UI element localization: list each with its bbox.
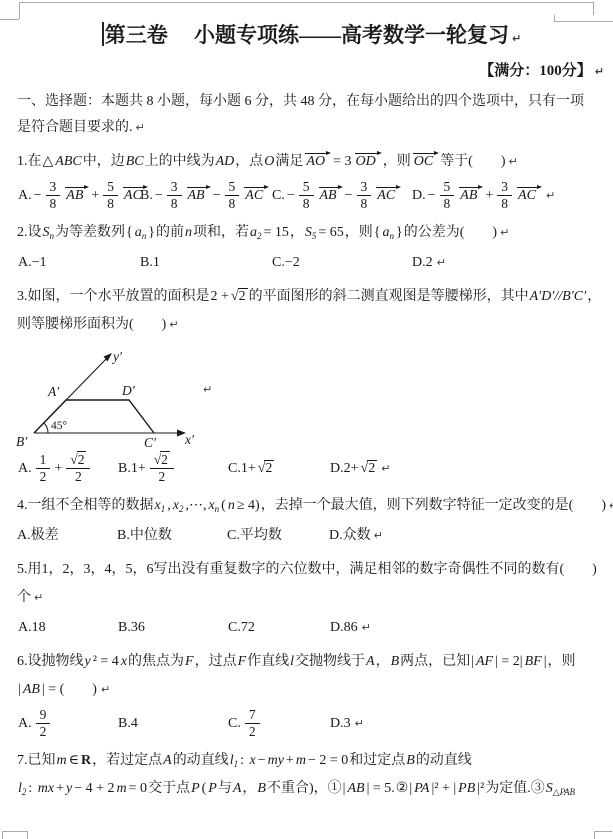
math-variable: PA (414, 781, 429, 796)
fraction: 58 (299, 179, 314, 212)
text-run: 一、选择题：本题共 8 小题，每小题 6 分，共 48 分，在每小题给出的四个选… (17, 94, 584, 109)
radicand: 2 (264, 460, 274, 476)
vector-term: OC (413, 152, 436, 169)
text-run: A.极差 (17, 528, 59, 543)
paragraph-mark: ↵ (437, 256, 446, 269)
text-run: 的动直线 (416, 753, 472, 768)
question-1-option-C: C.−58AB−38AC (271, 179, 411, 212)
fraction-numerator: 3 (497, 179, 512, 196)
question-1-option-D: D.−58AB+38AC↵ (411, 179, 606, 212)
subscript: n (215, 504, 220, 514)
paragraph-mark: ↵ (381, 462, 390, 475)
question-3: 3.如图，一个水平放置的面积是2 +√2的平面图形的斜二测直观图是等腰梯形，其中… (17, 283, 606, 485)
page-top-right-edge (593, 2, 594, 15)
fraction: 58 (103, 179, 118, 212)
math-run: 3 (50, 179, 57, 194)
math-variable: F (185, 654, 194, 669)
vector-term: AB (319, 186, 340, 203)
text-run: 的焦点为 (128, 654, 184, 669)
text-run: 6.设抛物线 (17, 654, 84, 669)
math-run: 2 (249, 724, 256, 739)
vector-term: AO (305, 152, 328, 169)
question-3-option-C: C.1+√2 (227, 456, 329, 482)
exam-title: 第三卷 小题专项练——高考数学一轮复习↵ (17, 20, 606, 54)
text-run: 为等差数列 (55, 225, 125, 240)
paragraph-mark: ↵ (169, 318, 178, 331)
paragraph-mark: ↵ (595, 65, 604, 78)
text-run: ，点 (235, 154, 263, 169)
paragraph-mark: ↵ (512, 32, 521, 45)
text-run: 1.在 (17, 154, 42, 169)
paragraph-mark: ↵ (609, 499, 613, 512)
math-variable: A (366, 654, 375, 669)
fraction: 38 (497, 179, 512, 212)
fraction-numerator: 1 (36, 452, 51, 469)
question-6-options: A.92 B.4 C.72 D.3↵ (17, 707, 606, 740)
subscript: 2 (179, 504, 184, 514)
math-variable: A′D′//B′C′ (530, 289, 587, 304)
vector-term: AB (459, 186, 480, 203)
question-2-option-B: B.1 (139, 250, 271, 276)
math-variable: ABC (55, 154, 81, 169)
fraction-denominator: 2 (66, 469, 90, 485)
paragraph-mark: ↵ (101, 683, 110, 696)
question-4-option-C: C.平均数 (227, 523, 329, 549)
math-run: ( (202, 781, 207, 796)
label-point-d: D′ (121, 383, 136, 398)
math-variable: n (185, 225, 192, 240)
vector-term: AC (244, 186, 266, 203)
subscripted-variable: S△PAB (546, 781, 575, 796)
question-5-option-D: D.86↵ (329, 615, 606, 641)
fraction: √22 (66, 452, 90, 485)
text-run: ，去掉一个最大值，则下列数字特征一定改变的是( ) (261, 498, 606, 513)
fraction: 12 (36, 452, 51, 485)
math-run: 8 (303, 196, 310, 211)
math-run: A.−1 (18, 255, 47, 270)
math-run: − (34, 188, 42, 203)
label-point-a: A′ (47, 384, 60, 399)
fraction: 92 (36, 707, 51, 740)
math-run: 5 (229, 179, 236, 194)
text-run: 是符合题目要求的. (17, 120, 133, 135)
math-run: − (287, 188, 295, 203)
fraction-numerator: 5 (225, 179, 240, 196)
question-1-option-A: A.−38AB+58AC (17, 179, 139, 212)
math-run: C. (272, 188, 285, 203)
math-run: D.3 (330, 716, 351, 731)
math-run: C.−2 (272, 255, 300, 270)
math-run: | = ( ) (42, 682, 97, 697)
question-4: 4.一组不全相等的数据x1,x2,⋯,xn(n≥ 4)，去掉一个最大值，则下列数… (17, 492, 606, 549)
paragraph-mark: ↵ (203, 383, 212, 396)
radicand: 2 (367, 460, 377, 476)
math-variable: AB (347, 781, 364, 796)
math-run: 8 (444, 196, 451, 211)
radical-sign: √ (70, 452, 76, 467)
math-run: 9 (40, 707, 47, 722)
math-run: | (409, 781, 412, 796)
math-run: 2 (75, 469, 82, 484)
text-run: ， (587, 289, 601, 304)
vector-term: AC (517, 186, 539, 203)
page-top-edge (19, 2, 593, 3)
text-run: ，则 (345, 225, 373, 240)
text-run: 2.设 (17, 225, 42, 240)
sqrt-term: √2 (154, 452, 170, 467)
text-run: 和过定点 (349, 753, 405, 768)
math-run: | = 2| (495, 654, 523, 669)
math-run: + (54, 461, 62, 476)
fraction-denominator: 2 (150, 469, 174, 485)
fraction-denominator: 2 (36, 469, 51, 485)
math-run: 8 (361, 196, 368, 211)
math-run: | (471, 654, 474, 669)
label-y-axis: y′ (111, 349, 123, 364)
vector-term: AB (187, 186, 208, 203)
subscript: 1 (161, 504, 166, 514)
fraction-numerator: 5 (440, 179, 455, 196)
sqrt-term: √2 (231, 289, 248, 304)
math-run: D. (412, 188, 426, 203)
math-run: D.2+ (330, 461, 359, 476)
fraction: 38 (357, 179, 372, 212)
fraction-denominator: 8 (103, 196, 118, 212)
question-4-option-A: A.极差 (17, 523, 117, 549)
text-run: 个 (17, 590, 31, 605)
subscript: 1 (234, 759, 239, 769)
math-run: , (167, 498, 171, 513)
question-3-option-A: A.12+√22 (17, 452, 117, 485)
text-run: D.众数 (329, 528, 371, 543)
math-run: ∈ (69, 753, 79, 768)
fraction: 58 (440, 179, 455, 212)
math-run: = 15 (263, 225, 288, 240)
math-run: 5 (444, 179, 451, 194)
question-6-option-C: C.72 (227, 707, 329, 740)
paragraph-mark: ↵ (136, 121, 145, 134)
text-run: ， (376, 654, 390, 669)
text-run: 交抛物线于 (295, 654, 365, 669)
math-run: B.1 (140, 255, 160, 270)
math-variable: B (391, 654, 400, 669)
fraction-numerator: √2 (66, 452, 90, 469)
math-variable: n (228, 498, 235, 513)
text-run: 的平面图形的斜二测直观图是等腰梯形，其中 (249, 289, 529, 304)
math-run: + (485, 188, 493, 203)
subscripted-variable: Sn (43, 225, 55, 240)
text-boundary-mark-bottom-right (594, 831, 612, 839)
math-run: 2 (40, 724, 47, 739)
math-run: 3 (171, 179, 178, 194)
math-variable: x (249, 753, 255, 768)
math-run: − (345, 188, 353, 203)
fraction-numerator: 7 (245, 707, 260, 724)
fraction: 38 (167, 179, 182, 212)
math-run: 8 (229, 196, 236, 211)
math-run: − (428, 188, 436, 203)
text-run: 的前 (156, 225, 184, 240)
subscripted-variable: an (383, 225, 395, 240)
fraction-denominator: 8 (497, 196, 512, 212)
math-variable: A (233, 781, 242, 796)
math-variable: mx (38, 781, 54, 796)
question-5: 5.用1，2，3，4，5，6写出没有重复数字的六位数中，满足相邻的数字奇偶性不同… (17, 556, 606, 641)
paragraph-mark: ↵ (34, 591, 43, 604)
subscript: 5 (312, 231, 317, 241)
fraction-denominator: 8 (167, 196, 182, 212)
fraction: √22 (150, 452, 174, 485)
vector-term: AC (376, 186, 398, 203)
text-run: 的动直线 (173, 753, 229, 768)
question-6-option-D: D.3↵ (329, 711, 606, 737)
question-3-option-D: D.2+√2↵ (329, 456, 606, 482)
math-run: C.1+ (228, 461, 256, 476)
text-cursor (102, 22, 104, 46)
question-2-option-D: D.2↵ (411, 250, 606, 276)
math-run: ( (221, 498, 226, 513)
score-note-text: 【满分：100分】 (479, 63, 592, 79)
question-6-option-A: A.92 (17, 707, 117, 740)
math-run: B.4 (118, 716, 138, 731)
fraction: 72 (245, 707, 260, 740)
text-run: 等于( ) (440, 154, 505, 169)
fraction-denominator: 2 (36, 724, 51, 740)
subscripted-variable: an (135, 225, 147, 240)
question-5-option-C: C.72 (227, 615, 329, 641)
math-run: △ (43, 154, 54, 169)
fraction-denominator: 8 (225, 196, 240, 212)
fraction-numerator: 3 (46, 179, 61, 196)
math-run: | (18, 682, 21, 697)
math-run: − (155, 188, 163, 203)
radicand: 2 (238, 288, 248, 304)
math-run: 2 (158, 469, 165, 484)
subscript: 2 (257, 231, 262, 241)
text-run: 作直线 (247, 654, 289, 669)
question-6-option-B: B.4 (117, 711, 227, 737)
text-boundary-mark-bottom-left (2, 831, 28, 839)
math-run: | = 5. (367, 781, 395, 796)
question-7: 7.已知m∈R，若过定点A的动直线l1: x−my+m− 2 = 0和过定点B的… (17, 747, 606, 803)
oblique-axonometric-diagram: y′ x′ A′ D′ B′ C′ 45° (14, 345, 234, 449)
math-variable: P (208, 781, 217, 796)
math-variable: B (406, 753, 415, 768)
math-variable: A (163, 753, 172, 768)
question-6: 6.设抛物线y² = 4x的焦点为F，过点F作直线l交抛物线于A，B两点，已知|… (17, 648, 606, 740)
paragraph-mark: ↵ (500, 226, 509, 239)
question-4-stem: 4.一组不全相等的数据x1,x2,⋯,xn(n≥ 4)，去掉一个最大值，则下列数… (17, 492, 606, 520)
label-x-axis: x′ (184, 432, 195, 447)
radical-sign: √ (231, 289, 238, 304)
math-variable: my (268, 753, 284, 768)
math-run: |² + | (431, 781, 456, 796)
label-point-c: C′ (144, 435, 157, 449)
radicand: 2 (77, 451, 87, 467)
subscript: n (142, 231, 147, 241)
subscripted-variable: l2 (18, 781, 26, 796)
math-variable: y (66, 781, 72, 796)
page: { "header": { "title": "第三卷 小题专项练——高考数学一… (0, 0, 613, 839)
fraction: 38 (46, 179, 61, 212)
question-2-stem: 2.设Sn为等差数列{an}的前n项和，若a2= 15，S5= 65，则{an}… (17, 219, 606, 247)
math-run: B.1+ (118, 461, 146, 476)
math-run: : (28, 781, 35, 796)
question-2: 2.设Sn为等差数列{an}的前n项和，若a2= 15，S5= 65，则{an}… (17, 219, 606, 276)
text-run: 与 (218, 781, 232, 796)
math-run: − 2 = 0 (308, 753, 348, 768)
text-run: 4.一组不全相等的数据 (17, 498, 154, 513)
subscripted-variable: S5 (305, 225, 317, 240)
math-variable: PB (458, 781, 475, 796)
subscript: 2 (22, 787, 27, 797)
text-run: 的公差为( ) (404, 225, 497, 240)
math-run: { (126, 225, 133, 240)
paragraph-mark: ↵ (374, 529, 383, 542)
math-run: 3 (361, 179, 368, 194)
subscripted-variable: a2 (250, 225, 262, 240)
math-run: D.2 (412, 255, 433, 270)
math-run: = 65 (318, 225, 343, 240)
math-run: 5 (303, 179, 310, 194)
math-bold: R (81, 753, 91, 768)
text-run: 则等腰梯形面积为( ) (17, 317, 166, 332)
math-run: A.18 (18, 620, 46, 635)
math-run: 3 (501, 179, 508, 194)
question-3-option-B: B.1+√22 (117, 452, 227, 485)
math-run: ,⋯, (185, 498, 206, 513)
text-run: ， (290, 225, 304, 240)
math-run: C. (228, 716, 241, 731)
math-run: 8 (50, 196, 57, 211)
sqrt-term: √2 (258, 461, 275, 476)
text-run: 为定值.③ (485, 781, 545, 796)
text-run: ，则 (548, 654, 576, 669)
text-run: ，则 (383, 154, 411, 169)
math-run: = 0 (129, 781, 147, 796)
text-run: 满足 (275, 154, 303, 169)
math-run: |² (477, 781, 484, 796)
fraction: 58 (225, 179, 240, 212)
fraction-numerator: 5 (299, 179, 314, 196)
text-run: 两点，已知 (400, 654, 470, 669)
math-run: 8 (171, 196, 178, 211)
math-variable: m (296, 753, 306, 768)
math-variable: m (117, 781, 127, 796)
label-angle-45: 45° (51, 420, 68, 432)
question-3-figure: y′ x′ A′ D′ B′ C′ 45° ↵ (14, 345, 606, 449)
question-2-options: A.−1 B.1 C.−2 D.2↵ (17, 250, 606, 276)
math-run: } (396, 225, 403, 240)
text-run: 交于点 (148, 781, 190, 796)
math-run: B.36 (118, 620, 145, 635)
question-5-option-B: B.36 (117, 615, 227, 641)
math-run: 2 (40, 469, 47, 484)
math-run: D.86 (330, 620, 358, 635)
fraction-denominator: 8 (357, 196, 372, 212)
paragraph-mark: ↵ (362, 621, 371, 634)
subscript: n (390, 231, 395, 241)
math-run: − (213, 188, 221, 203)
vector-term: AC (123, 186, 145, 203)
math-run: 8 (501, 196, 508, 211)
sqrt-term: √2 (70, 452, 86, 467)
math-run: : (240, 753, 247, 768)
math-variable: B (257, 781, 266, 796)
radicand: 2 (160, 451, 170, 467)
subscripted-variable: x1 (155, 498, 166, 513)
math-run: | (544, 654, 547, 669)
math-run: ² = 4 (93, 654, 119, 669)
section-instructions: 一、选择题：本题共 8 小题，每小题 6 分，共 48 分，在每小题给出的四个选… (17, 89, 606, 141)
math-run: − 4 + 2 (74, 781, 114, 796)
subscripted-variable: xn (208, 498, 219, 513)
math-run: + (91, 188, 99, 203)
math-run: A. (18, 188, 32, 203)
exam-title-text: 第三卷 小题专项练——高考数学一轮复习 (105, 23, 509, 47)
math-run: C.72 (228, 620, 255, 635)
question-5-stem: 5.用1，2，3，4，5，6写出没有重复数字的六位数中，满足相邻的数字奇偶性不同… (17, 556, 606, 612)
math-run: ≥ 4) (237, 498, 260, 513)
math-run: + (286, 753, 294, 768)
math-variable: y (85, 654, 91, 669)
question-1: 1.在△ABC中，边BC上的中线为AD，点O满足AO= 3OD，则OC等于( )… (17, 148, 606, 212)
math-variable: P (191, 781, 200, 796)
subscripted-variable: x2 (173, 498, 184, 513)
fraction-numerator: 3 (357, 179, 372, 196)
math-run: } (148, 225, 155, 240)
sqrt-term: √2 (361, 461, 378, 476)
text-run: 中，边 (83, 154, 125, 169)
math-run: = 3 (333, 154, 351, 169)
question-3-options: A.12+√22 B.1+√22 C.1+√2 D.2+√2↵ (17, 452, 606, 485)
fraction-denominator: 8 (440, 196, 455, 212)
question-1-stem: 1.在△ABC中，边BC上的中线为AD，点O满足AO= 3OD，则OC等于( )… (17, 148, 606, 176)
question-7-stem: 7.已知m∈R，若过定点A的动直线l1: x−my+m− 2 = 0和过定点B的… (17, 747, 606, 803)
question-3-stem: 3.如图，一个水平放置的面积是2 +√2的平面图形的斜二测直观图是等腰梯形，其中… (17, 283, 606, 339)
text-run: 5.用1，2，3，4，5，6写出没有重复数字的六位数中，满足相邻的数字奇偶性不同… (17, 562, 597, 577)
question-5-options: A.18 B.36 C.72 D.86↵ (17, 615, 606, 641)
math-run: 5 (107, 179, 114, 194)
math-variable: AD (216, 154, 235, 169)
math-run: 7 (249, 707, 256, 722)
text-run: C.平均数 (227, 528, 282, 543)
text-run: 上的中线为 (145, 154, 215, 169)
question-4-option-D: D.众数↵ (329, 523, 606, 549)
fraction-numerator: 5 (103, 179, 118, 196)
subscript: n (50, 231, 55, 241)
math-run: 2 + (211, 289, 229, 304)
angle-arc (44, 423, 48, 433)
subscripted-variable: l1 (230, 753, 238, 768)
subscript: △PAB (553, 787, 575, 797)
question-6-stem: 6.设抛物线y² = 4x的焦点为F，过点F作直线l交抛物线于A，B两点，已知|… (17, 648, 606, 704)
fraction-denominator: 8 (46, 196, 61, 212)
question-5-option-A: A.18 (17, 615, 117, 641)
paragraph-mark: ↵ (546, 189, 555, 202)
text-run: 不重合)，① (267, 781, 342, 796)
fraction-denominator: 2 (245, 724, 260, 740)
math-run: − (258, 753, 266, 768)
document-content: 第三卷 小题专项练——高考数学一轮复习↵ 【满分：100分】↵ 一、选择题：本题… (17, 20, 606, 803)
question-4-option-B: B.中位数 (117, 523, 227, 549)
math-variable: F (238, 654, 247, 669)
fraction-numerator: 9 (36, 707, 51, 724)
text-run: ，若过定点 (92, 753, 162, 768)
math-run: { (374, 225, 381, 240)
text-run: ，过点 (195, 654, 237, 669)
math-variable: AB (23, 682, 40, 697)
